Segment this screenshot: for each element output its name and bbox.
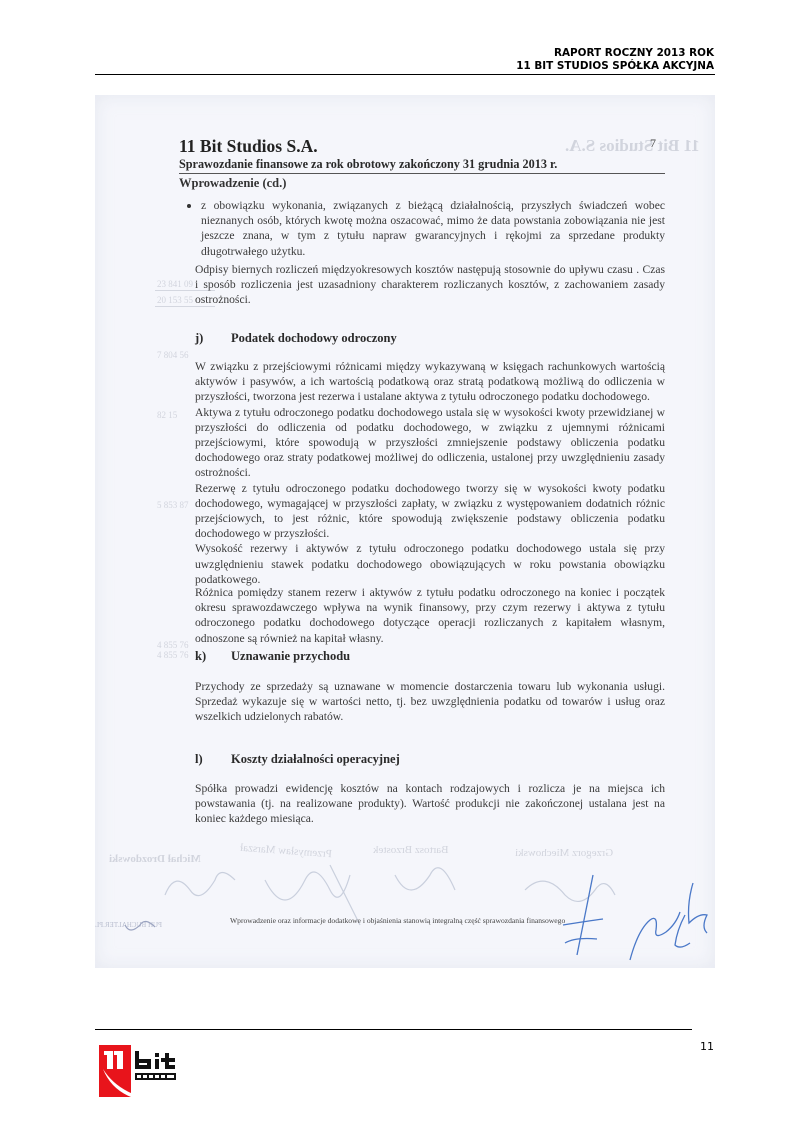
section-j-body: W związku z przejściowymi różnicami międ…: [195, 359, 665, 587]
section-l-body: Spółka prowadzi ewidencję kosztów na kon…: [195, 781, 665, 827]
footer-divider: [95, 1029, 692, 1030]
document-subtitle: Sprawozdanie finansowe za rok obrotowy z…: [179, 157, 557, 172]
show-through-text: 7 804 56: [157, 350, 189, 360]
section-title: Podatek dochodowy odroczony: [231, 331, 397, 346]
bullet-icon: [187, 204, 191, 208]
section-j-closing: Różnica pomiędzy stanem rezerw i aktywów…: [195, 585, 665, 646]
header-divider: [95, 74, 715, 75]
show-through-text: 4 855 76: [157, 650, 189, 660]
report-header: RAPORT ROCZNY 2013 ROK 11 BIT STUDIOS SP…: [516, 47, 714, 72]
section-letter: k): [195, 649, 206, 664]
paragraph: Rezerwę z tytułu odroczonego podatku doc…: [195, 481, 665, 542]
document-company: 11 Bit Studios S.A.: [179, 136, 318, 157]
company-name: 11 BIT STUDIOS SPÓŁKA AKCYJNA: [516, 60, 714, 73]
section-title: Uznawanie przychodu: [231, 649, 350, 664]
report-title: RAPORT ROCZNY 2013 ROK: [516, 47, 714, 60]
logo-wordmark-studios: [135, 1073, 176, 1080]
bullet-item: z obowiązku wykonania, związanych z bież…: [201, 198, 665, 259]
section-k-body: Przychody ze sprzedaży są uznawane w mom…: [195, 679, 665, 725]
intro-paragraph: Odpisy biernych rozliczeń międzyokresowy…: [195, 262, 665, 308]
paragraph: W związku z przejściowymi różnicami międ…: [195, 359, 665, 405]
page-number: 11: [700, 1040, 714, 1053]
bullet-text: z obowiązku wykonania, związanych z bież…: [201, 198, 665, 259]
section-letter: j): [195, 331, 203, 346]
paragraph: Wysokość rezerwy i aktywów z tytułu odro…: [195, 541, 665, 587]
show-through-signature-name: Michał Drozdowski: [109, 853, 201, 865]
show-through-text: 11 Bit Studios S.A.: [565, 136, 700, 156]
show-through-text: 4 855 76: [157, 640, 189, 650]
document-footer-note: Wprowadzenie oraz informacje dodatkowe i…: [230, 916, 565, 925]
show-through-signature-name: Bartosz Brzostek: [373, 844, 448, 856]
stamp-text: PUH BUCHALTER.PL: [95, 921, 162, 929]
show-through-text: 82 15: [157, 410, 177, 420]
document-section: Wprowadzenie (cd.): [179, 176, 286, 191]
paragraph: Aktywa z tytułu odroczonego podatku doch…: [195, 405, 665, 481]
logo-wordmark-bit: [135, 1051, 175, 1069]
scanned-page: 11 Bit Studios S.A. 23 841 09 20 153 55 …: [95, 95, 715, 968]
section-title: Koszty działalności operacyjnej: [231, 752, 400, 767]
ink-signatures: [563, 875, 707, 960]
11bit-studios-logo: [99, 1045, 219, 1097]
show-through-text: 20 153 55: [157, 295, 193, 305]
show-through-signature-name: Grzegorz Miechowski: [515, 847, 613, 859]
document-divider: [179, 173, 665, 174]
show-through-signature-name: Przemysław Marszał: [240, 842, 333, 860]
section-letter: l): [195, 752, 203, 767]
show-through-text: 5 853 87: [157, 500, 189, 510]
scan-page-number: 7: [650, 136, 656, 151]
show-through-text: 23 841 09: [157, 279, 193, 289]
